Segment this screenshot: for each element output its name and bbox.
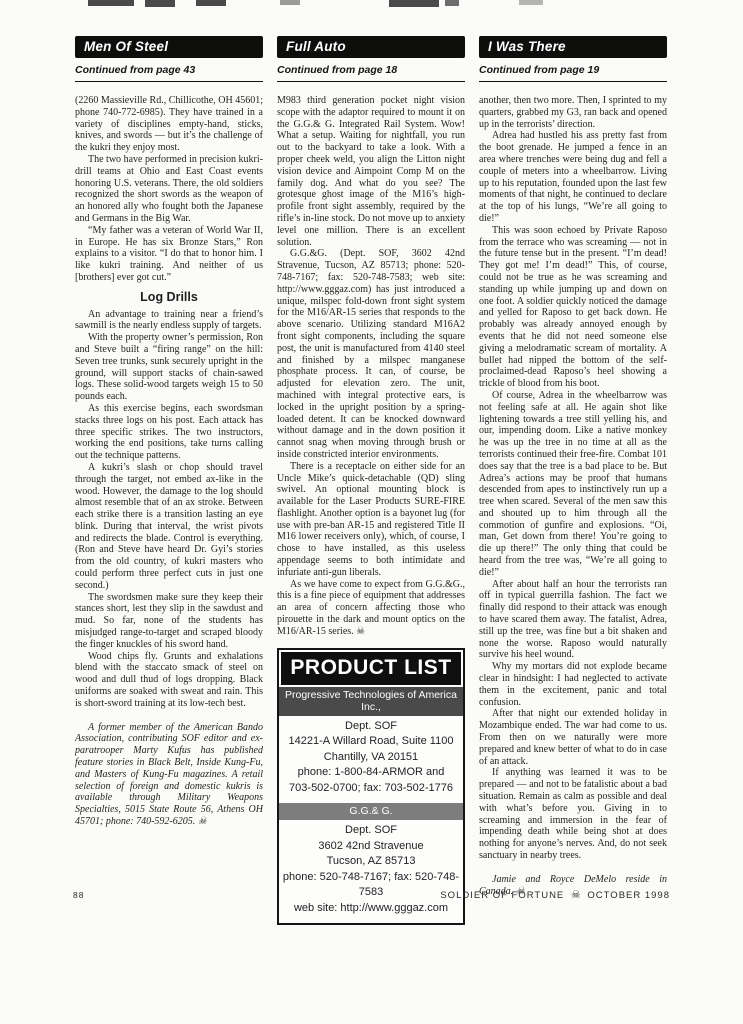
three-column-layout: Men Of Steel Continued from page 43 (226… bbox=[0, 36, 743, 925]
product-list-title: PRODUCT LIST bbox=[281, 652, 461, 685]
continued-from-line: Continued from page 19 bbox=[479, 64, 667, 82]
sof-skull-icon: ☠ bbox=[568, 889, 584, 901]
article-body-full-auto: M983 third generation pocket night visio… bbox=[277, 95, 465, 638]
continued-from-line: Continued from page 18 bbox=[277, 64, 465, 82]
product-address-line: 3602 42nd Stravenue bbox=[281, 839, 461, 855]
product-section-name: G.G.& G. bbox=[279, 803, 463, 820]
product-address-line: 703-502-0700; fax: 703-502-1776 bbox=[281, 781, 461, 797]
article-paragraph: If anything was learned it was to be pre… bbox=[479, 767, 667, 861]
page-footer: 88 SOLDIER OF FORTUNE ☠ OCTOBER 1998 bbox=[0, 888, 743, 901]
article-paragraph: G.G.&G. (Dept. SOF, 3602 42nd Stravenue,… bbox=[277, 248, 465, 460]
scan-artifact bbox=[389, 0, 439, 7]
product-address-line: Chantilly, VA 20151 bbox=[281, 750, 461, 766]
article-paragraph: A former member of the American Bando As… bbox=[75, 722, 263, 828]
product-list-box: PRODUCT LIST Progressive Technologies of… bbox=[277, 648, 465, 926]
product-address-line: Dept. SOF bbox=[281, 719, 461, 735]
scan-artifact bbox=[445, 0, 459, 6]
article-paragraph: another, then two more. Then, I sprinted… bbox=[479, 95, 667, 130]
article-body-i-was-there: another, then two more. Then, I sprinted… bbox=[479, 95, 667, 897]
article-paragraph: (2260 Massieville Rd., Chillicothe, OH 4… bbox=[75, 95, 263, 154]
scan-artifact bbox=[519, 0, 543, 5]
footer-magazine-line: SOLDIER OF FORTUNE ☠ OCTOBER 1998 bbox=[440, 888, 670, 901]
article-paragraph: “My father was a veteran of World War II… bbox=[75, 225, 263, 284]
column-full-auto: Full Auto Continued from page 18 M983 th… bbox=[277, 36, 465, 925]
article-paragraph: As this exercise begins, each swordsman … bbox=[75, 403, 263, 462]
scan-artifact bbox=[196, 0, 226, 6]
article-paragraph: Wood chips fly. Grunts and exhalations b… bbox=[75, 651, 263, 710]
article-paragraph: Adrea had hustled his ass pretty fast fr… bbox=[479, 130, 667, 224]
product-address-line: 14221-A Willard Road, Suite 1100 bbox=[281, 734, 461, 750]
column-i-was-there: I Was There Continued from page 19 anoth… bbox=[479, 36, 667, 925]
column-men-of-steel: Men Of Steel Continued from page 43 (226… bbox=[75, 36, 263, 925]
article-paragraph: As we have come to expect from G.G.&G., … bbox=[277, 579, 465, 638]
footer-magazine-name: SOLDIER OF FORTUNE bbox=[440, 890, 564, 901]
product-section-address: Dept. SOF3602 42nd StravenueTucson, AZ 8… bbox=[279, 820, 463, 923]
product-section-name: Progressive Technologies of America Inc.… bbox=[279, 687, 463, 716]
scan-artifact bbox=[145, 0, 175, 7]
article-banner-full-auto: Full Auto bbox=[277, 36, 465, 58]
article-banner-men-of-steel: Men Of Steel bbox=[75, 36, 263, 58]
article-paragraph: After about half an hour the terrorists … bbox=[479, 579, 667, 662]
product-section-address: Dept. SOF14221-A Willard Road, Suite 110… bbox=[279, 716, 463, 804]
article-body-men-of-steel: (2260 Massieville Rd., Chillicothe, OH 4… bbox=[75, 95, 263, 828]
footer-issue-date: OCTOBER 1998 bbox=[587, 890, 670, 901]
article-paragraph: A kukri’s slash or chop should travel th… bbox=[75, 462, 263, 592]
continued-from-line: Continued from page 43 bbox=[75, 64, 263, 82]
article-subhead: Log Drills bbox=[75, 292, 263, 304]
article-paragraph: The two have performed in precision kukr… bbox=[75, 154, 263, 225]
page-number: 88 bbox=[73, 890, 84, 900]
article-paragraph: This was soon echoed by Private Raposo f… bbox=[479, 225, 667, 390]
magazine-page: Men Of Steel Continued from page 43 (226… bbox=[0, 0, 743, 1024]
article-paragraph: The swordsmen make sure they keep their … bbox=[75, 592, 263, 651]
product-address-line: Tucson, AZ 85713 bbox=[281, 854, 461, 870]
article-paragraph: There is a receptacle on either side for… bbox=[277, 461, 465, 579]
article-paragraph: After that night our extended holiday in… bbox=[479, 708, 667, 767]
product-address-line: web site: http://www.gggaz.com bbox=[281, 901, 461, 917]
product-address-line: phone: 1-800-84-ARMOR and bbox=[281, 765, 461, 781]
article-paragraph: M983 third generation pocket night visio… bbox=[277, 95, 465, 248]
article-paragraph: An advantage to training near a friend’s… bbox=[75, 309, 263, 333]
product-address-line: Dept. SOF bbox=[281, 823, 461, 839]
scan-artifact bbox=[88, 0, 134, 6]
article-paragraph: Why my mortars did not explode became cl… bbox=[479, 661, 667, 708]
article-paragraph: With the property owner’s permission, Ro… bbox=[75, 332, 263, 403]
article-paragraph: Of course, Adrea in the wheelbarrow was … bbox=[479, 390, 667, 579]
scan-artifact bbox=[280, 0, 300, 5]
article-banner-i-was-there: I Was There bbox=[479, 36, 667, 58]
